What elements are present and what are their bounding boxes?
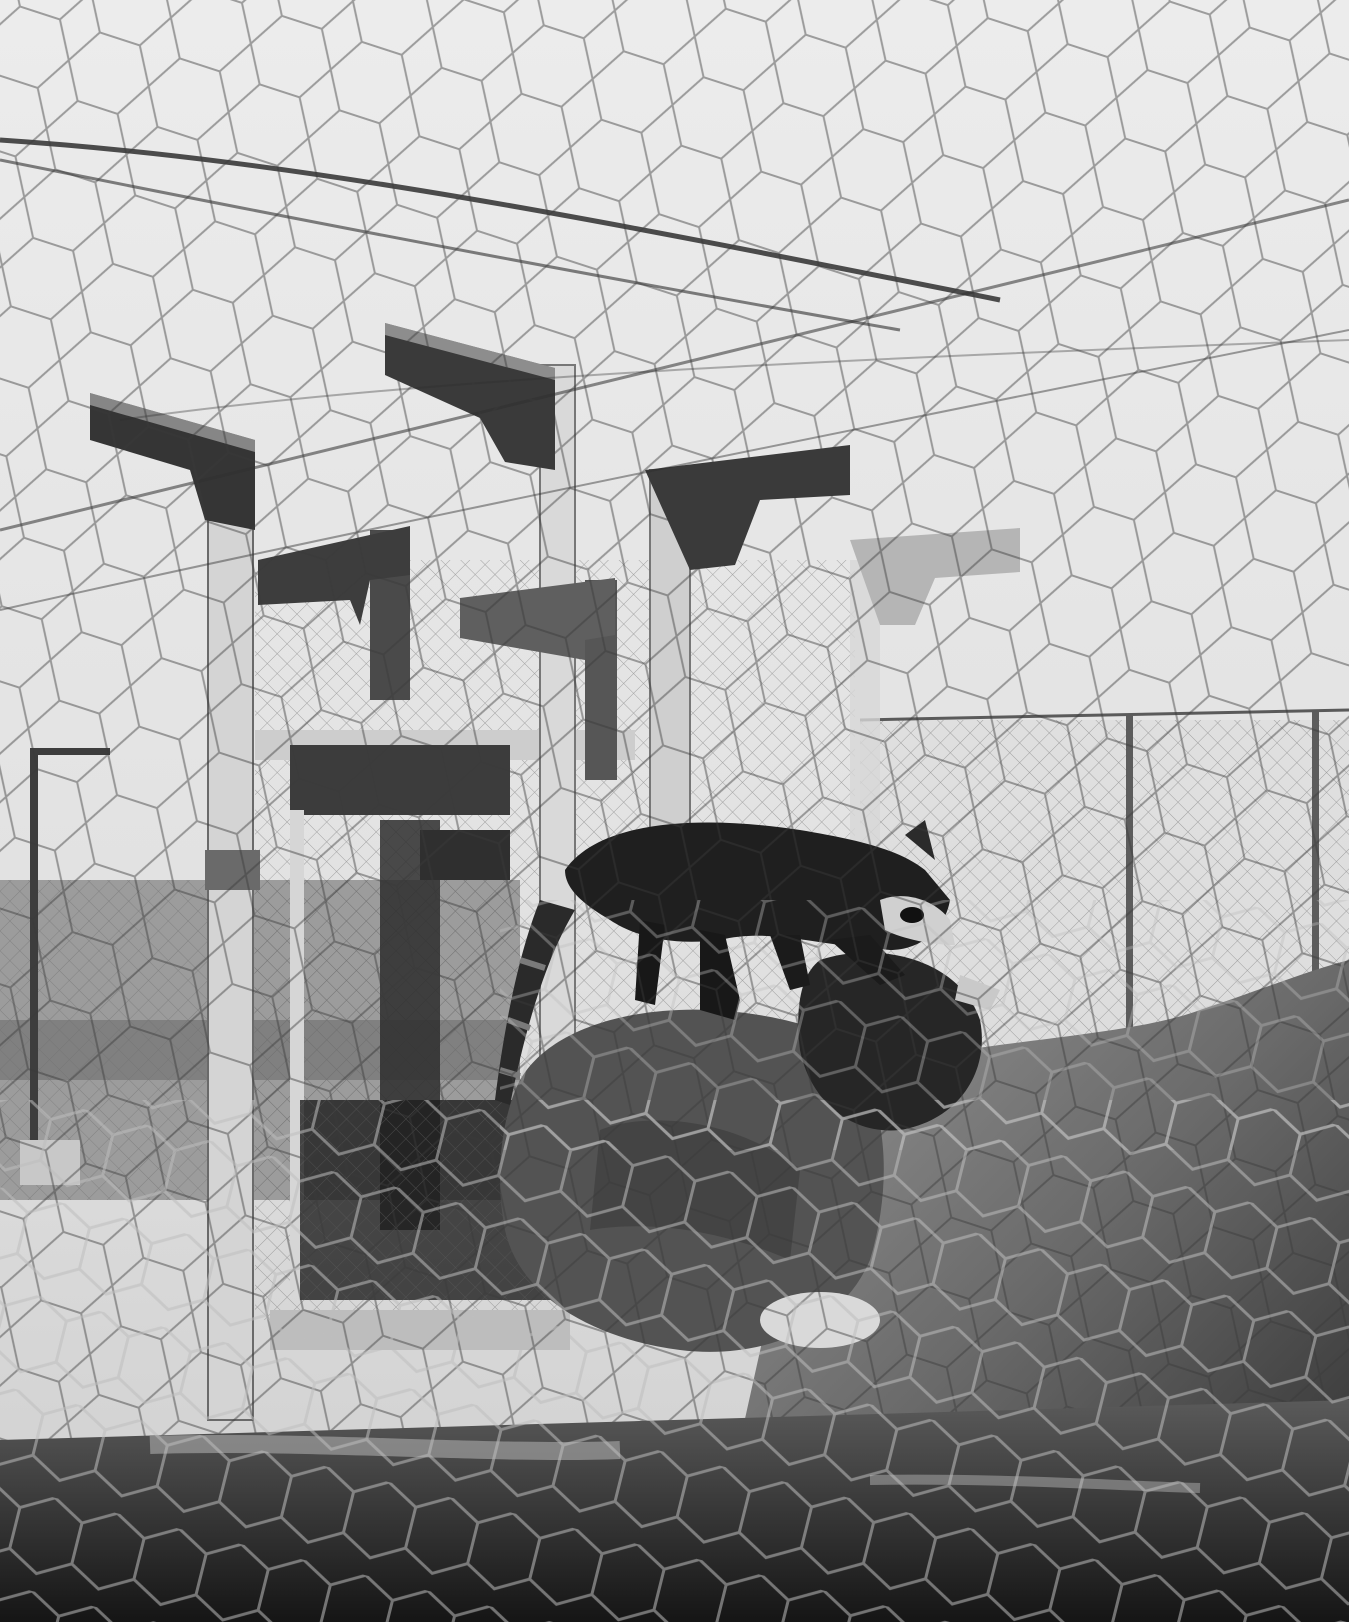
enclosure-photo — [0, 0, 1349, 1622]
near-wire-netting — [0, 1100, 1349, 1622]
